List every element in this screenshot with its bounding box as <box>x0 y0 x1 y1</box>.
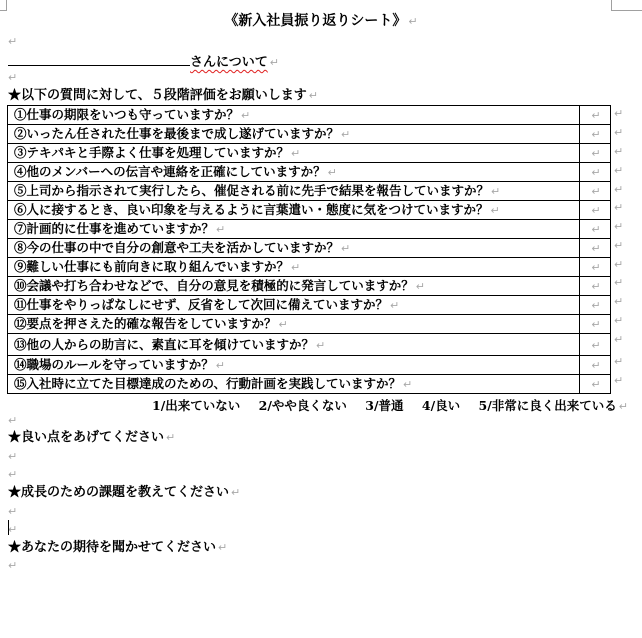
paragraph-mark-icon: ↵ <box>166 431 175 444</box>
question-text: ⑪仕事をやりっぱなしにせず、反省をして次回に備えていますか？ <box>14 297 388 312</box>
paragraph-mark-icon: ↵ <box>216 359 225 372</box>
score-cell[interactable]: ↵ <box>580 201 611 220</box>
question-cell[interactable]: ③テキパキと手際よく仕事を処理していますか？↵ <box>8 144 580 163</box>
scale-item-3: 3/普通 <box>365 398 403 413</box>
question-cell[interactable]: ⑪仕事をやりっぱなしにせず、反省をして次回に備えていますか？↵ <box>8 296 580 315</box>
paragraph-mark-icon: ↵ <box>8 505 17 518</box>
row-end-mark-icon: ↵ <box>614 314 623 327</box>
name-line[interactable]: さんについて↵ <box>8 52 279 71</box>
paragraph-mark-icon: ↵ <box>591 318 600 331</box>
question-cell[interactable]: ⑮入社時に立てた目標達成のための、行動計画を実践していますか？↵ <box>8 375 580 394</box>
paragraph-mark-icon: ↵ <box>218 541 227 554</box>
question-text: ③テキパキと手際よく仕事を処理していますか？ <box>14 145 289 160</box>
question-cell[interactable]: ⑩会議や打ち合わせなどで、自分の意見を積極的に発言していますか？↵ <box>8 277 580 296</box>
empty-paragraph[interactable]: ↵ <box>8 504 17 520</box>
paragraph-mark-icon: ↵ <box>8 450 17 463</box>
question-row: ⑬他の人からの助言に、素直に耳を傾けていますか？↵↵ <box>8 334 611 356</box>
paragraph-mark-icon: ↵ <box>270 56 279 69</box>
row-end-mark-icon: ↵ <box>614 295 623 308</box>
question-row: ⑧今の仕事の中で自分の創意や工夫を活かしていますか？↵↵ <box>8 239 611 258</box>
question-row: ⑫要点を押さえた的確な報告をしていますか？↵↵ <box>8 315 611 334</box>
row-end-mark-icon: ↵ <box>614 164 623 177</box>
instructions-heading[interactable]: ★以下の質問に対して、５段階評価をお願いします↵ <box>8 88 318 104</box>
row-end-mark-icon: ↵ <box>614 220 623 233</box>
question-row: ⑭職場のルールを守っていますか？↵↵ <box>8 356 611 375</box>
score-cell[interactable]: ↵ <box>580 163 611 182</box>
score-cell[interactable]: ↵ <box>580 106 611 125</box>
scale-item-5: 5/非常に良く出来ている <box>479 398 617 413</box>
row-end-mark-icon: ↵ <box>614 126 623 139</box>
question-cell[interactable]: ⑨難しい仕事にも前向きに取り組んでいますか？↵ <box>8 258 580 277</box>
empty-paragraph[interactable]: ↵ <box>8 558 17 574</box>
good-points-heading[interactable]: ★良い点をあげてください↵ <box>8 430 175 446</box>
good-points-text: ★良い点をあげてください <box>8 430 164 445</box>
name-blank-field[interactable] <box>8 52 190 66</box>
score-cell[interactable]: ↵ <box>580 125 611 144</box>
row-end-mark-icon: ↵ <box>614 107 623 120</box>
row-end-mark-icon: ↵ <box>614 239 623 252</box>
paragraph-mark-icon: ↵ <box>8 35 17 48</box>
row-end-mark-icon: ↵ <box>614 333 623 346</box>
document-title[interactable]: 《新入社員振り返りシート》↵ <box>0 12 642 31</box>
question-cell[interactable]: ⑫要点を押さえた的確な報告をしていますか？↵ <box>8 315 580 334</box>
empty-paragraph[interactable]: ↵ <box>8 467 17 483</box>
paragraph-mark-icon: ↵ <box>591 166 600 179</box>
question-text: ⑧今の仕事の中で自分の創意や工夫を活かしていますか？ <box>14 240 339 255</box>
paragraph-mark-icon: ↵ <box>390 299 399 312</box>
question-cell[interactable]: ④他のメンバーへの伝言や連絡を正確にしていますか？↵ <box>8 163 580 182</box>
paragraph-mark-icon: ↵ <box>309 89 318 102</box>
row-end-mark-icon: ↵ <box>614 201 623 214</box>
empty-paragraph[interactable]: ↵ <box>8 522 17 538</box>
paragraph-mark-icon: ↵ <box>491 185 500 198</box>
row-end-mark-icon: ↵ <box>614 374 623 387</box>
row-end-mark-icon: ↵ <box>614 183 623 196</box>
page-corner-mark-right <box>611 0 642 11</box>
score-cell[interactable]: ↵ <box>580 375 611 394</box>
paragraph-mark-icon: ↵ <box>591 280 600 293</box>
question-row: ⑩会議や打ち合わせなどで、自分の意見を積極的に発言していますか？↵↵ <box>8 277 611 296</box>
question-text: ②いったん任された仕事を最後まで成し遂げていますか？ <box>14 126 339 141</box>
page-corner-mark-left <box>0 0 7 11</box>
question-text: ⑦計画的に仕事を進めていますか？ <box>14 221 214 236</box>
question-text: ⑨難しい仕事にも前向きに取り組んでいますか？ <box>14 259 289 274</box>
paragraph-mark-icon: ↵ <box>231 486 240 499</box>
question-row: ②いったん任された仕事を最後まで成し遂げていますか？↵↵ <box>8 125 611 144</box>
question-text: ⑭職場のルールを守っていますか？ <box>14 357 214 372</box>
paragraph-mark-icon: ↵ <box>403 378 412 391</box>
growth-issues-text: ★成長のための課題を教えてください <box>8 485 229 500</box>
paragraph-mark-icon: ↵ <box>591 299 600 312</box>
score-cell[interactable]: ↵ <box>580 334 611 356</box>
question-cell[interactable]: ②いったん任された仕事を最後まで成し遂げていますか？↵ <box>8 125 580 144</box>
question-text: ⑫要点を押さえた的確な報告をしていますか？ <box>14 316 277 331</box>
question-text: ⑤上司から指示されて実行したら、催促される前に先手で結果を報告していますか？ <box>14 183 489 198</box>
paragraph-mark-icon: ↵ <box>491 204 500 217</box>
paragraph-mark-icon: ↵ <box>416 280 425 293</box>
instructions-text: ★以下の質問に対して、５段階評価をお願いします <box>8 88 307 103</box>
question-text: ①仕事の期限をいつも守っていますか？ <box>14 107 239 122</box>
question-row: ⑤上司から指示されて実行したら、催促される前に先手で結果を報告していますか？↵↵ <box>8 182 611 201</box>
title-text: 《新入社員振り返りシート》 <box>224 13 406 29</box>
score-cell[interactable]: ↵ <box>580 239 611 258</box>
question-cell[interactable]: ⑦計画的に仕事を進めていますか？↵ <box>8 220 580 239</box>
text-cursor <box>8 520 9 535</box>
paragraph-mark-icon: ↵ <box>591 147 600 160</box>
paragraph-mark-icon: ↵ <box>8 523 17 536</box>
paragraph-mark-icon: ↵ <box>8 414 17 427</box>
row-end-mark-icon: ↵ <box>614 276 623 289</box>
paragraph-mark-icon: ↵ <box>591 359 600 372</box>
paragraph-mark-icon: ↵ <box>591 378 600 391</box>
question-cell[interactable]: ⑬他の人からの助言に、素直に耳を傾けていますか？↵ <box>8 334 580 356</box>
score-cell[interactable]: ↵ <box>580 182 611 201</box>
paragraph-mark-icon: ↵ <box>591 185 600 198</box>
empty-paragraph[interactable]: ↵ <box>8 413 17 429</box>
paragraph-mark-icon: ↵ <box>341 242 350 255</box>
score-cell[interactable]: ↵ <box>580 296 611 315</box>
expectations-heading[interactable]: ★あなたの期待を聞かせてください↵ <box>8 540 227 556</box>
score-cell[interactable]: ↵ <box>580 277 611 296</box>
score-cell[interactable]: ↵ <box>580 315 611 334</box>
scale-item-1: 1/出来ていない <box>152 398 240 413</box>
growth-issues-heading[interactable]: ★成長のための課題を教えてください↵ <box>8 485 240 501</box>
score-cell[interactable]: ↵ <box>580 258 611 277</box>
question-row: ⑨難しい仕事にも前向きに取り組んでいますか？↵↵ <box>8 258 611 277</box>
question-row: ③テキパキと手際よく仕事を処理していますか？↵↵ <box>8 144 611 163</box>
question-text: ⑮入社時に立てた目標達成のための、行動計画を実践していますか？ <box>14 376 401 391</box>
name-suffix: さんについて <box>190 55 268 70</box>
row-end-mark-icon: ↵ <box>614 145 623 158</box>
paragraph-mark-icon: ↵ <box>591 261 600 274</box>
question-row: ⑪仕事をやりっぱなしにせず、反省をして次回に備えていますか？↵↵ <box>8 296 611 315</box>
score-cell[interactable]: ↵ <box>580 144 611 163</box>
expectations-text: ★あなたの期待を聞かせてください <box>8 540 216 555</box>
empty-paragraph[interactable]: ↵ <box>8 449 17 465</box>
score-cell[interactable]: ↵ <box>580 356 611 375</box>
question-cell[interactable]: ⑭職場のルールを守っていますか？↵ <box>8 356 580 375</box>
score-cell[interactable]: ↵ <box>580 220 611 239</box>
paragraph-mark-icon: ↵ <box>408 15 417 28</box>
question-cell[interactable]: ⑧今の仕事の中で自分の創意や工夫を活かしていますか？↵ <box>8 239 580 258</box>
paragraph-mark-icon: ↵ <box>591 223 600 236</box>
question-cell[interactable]: ①仕事の期限をいつも守っていますか？↵ <box>8 106 580 125</box>
paragraph-mark-icon: ↵ <box>591 204 600 217</box>
question-text: ⑥人に接するとき、良い印象を与えるように言葉遣い・態度に気をつけていますか？ <box>14 202 489 217</box>
question-row: ①仕事の期限をいつも守っていますか？↵↵ <box>8 106 611 125</box>
paragraph-mark-icon: ↵ <box>591 242 600 255</box>
question-cell[interactable]: ⑥人に接するとき、良い印象を与えるように言葉遣い・態度に気をつけていますか？↵ <box>8 201 580 220</box>
paragraph-mark-icon: ↵ <box>291 261 300 274</box>
paragraph-mark-icon: ↵ <box>216 223 225 236</box>
paragraph-mark-icon: ↵ <box>291 147 300 160</box>
rating-scale-legend[interactable]: 1/出来ていない 2/やや良くない 3/普通 4/良い 5/非常に良く出来ている… <box>138 396 628 414</box>
paragraph-mark-icon: ↵ <box>8 559 17 572</box>
paragraph-mark-icon: ↵ <box>591 339 600 352</box>
paragraph-mark-icon: ↵ <box>279 318 288 331</box>
paragraph-mark-icon: ↵ <box>8 468 17 481</box>
question-cell[interactable]: ⑤上司から指示されて実行したら、催促される前に先手で結果を報告していますか？↵ <box>8 182 580 201</box>
question-text: ④他のメンバーへの伝言や連絡を正確にしていますか？ <box>14 164 326 179</box>
paragraph-mark-icon: ↵ <box>316 339 325 352</box>
paragraph-mark-icon: ↵ <box>591 128 600 141</box>
empty-paragraph[interactable]: ↵ <box>8 34 17 50</box>
question-row: ⑦計画的に仕事を進めていますか？↵↵ <box>8 220 611 239</box>
paragraph-mark-icon: ↵ <box>341 128 350 141</box>
question-row: ⑥人に接するとき、良い印象を与えるように言葉遣い・態度に気をつけていますか？↵↵ <box>8 201 611 220</box>
paragraph-mark-icon: ↵ <box>591 109 600 122</box>
row-end-mark-icon: ↵ <box>614 258 623 271</box>
question-text: ⑬他の人からの助言に、素直に耳を傾けていますか？ <box>14 337 314 352</box>
question-row: ④他のメンバーへの伝言や連絡を正確にしていますか？↵↵ <box>8 163 611 182</box>
scale-item-4: 4/良い <box>422 398 460 413</box>
question-row: ⑮入社時に立てた目標達成のための、行動計画を実践していますか？↵↵ <box>8 375 611 394</box>
paragraph-mark-icon: ↵ <box>8 71 17 84</box>
row-end-mark-icon: ↵ <box>614 355 623 368</box>
paragraph-mark-icon: ↵ <box>328 166 337 179</box>
paragraph-mark-icon: ↵ <box>619 400 628 413</box>
scale-item-2: 2/やや良くない <box>259 398 347 413</box>
question-text: ⑩会議や打ち合わせなどで、自分の意見を積極的に発言していますか？ <box>14 278 414 293</box>
empty-paragraph[interactable]: ↵ <box>8 70 17 86</box>
questions-table: ①仕事の期限をいつも守っていますか？↵↵②いったん任された仕事を最後まで成し遂げ… <box>7 105 611 394</box>
paragraph-mark-icon: ↵ <box>241 109 250 122</box>
